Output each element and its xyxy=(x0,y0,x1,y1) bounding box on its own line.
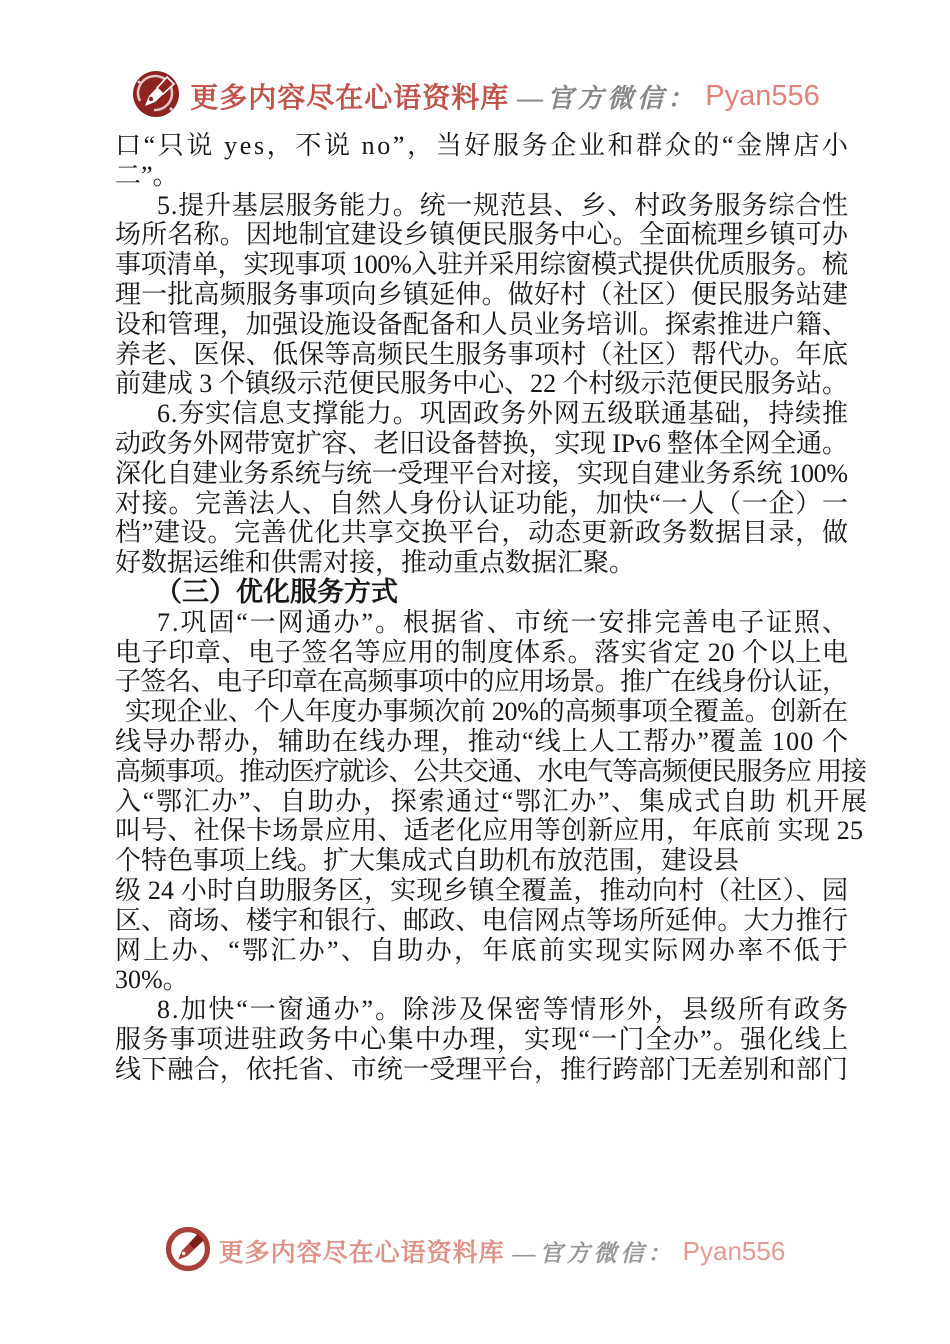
pen-nib-logo-icon xyxy=(165,1226,211,1277)
watermark-brand-text: 更多内容尽在心语资料库 xyxy=(190,76,509,116)
text-line-content: 深化自建业务系统与统一受理平台对接，实现自建业务系统 100% xyxy=(115,459,848,488)
text-line: 级 24 小时自助服务区，实现乡镇全覆盖，推动向村（社区）、园 xyxy=(115,876,848,906)
text-line: 线下融合，依托省、市统一受理平台，推行跨部门无差别和部门 xyxy=(115,1055,848,1085)
text-line: 前建成 3 个镇级示范便民服务中心、22 个村级示范便民服务站。 xyxy=(115,369,848,399)
text-line: 服务事项进驻政务中心集中办理，实现“一门全办”。强化线上 xyxy=(115,1025,848,1055)
text-line: 档”建设。完善优化共享交换平台，动态更新政务数据目录，做 xyxy=(115,518,848,548)
text-line-content: 8.加快“一窗通办”。除涉及保密等情形外，县级所有政务 xyxy=(157,995,850,1024)
text-line-content: 好数据运维和供需对接，推动重点数据汇聚。 xyxy=(115,548,635,577)
text-line-content: 叫号、社保卡场景应用、适老化应用等创新应用，年底前 实现 25 xyxy=(115,816,863,845)
text-line: 好数据运维和供需对接，推动重点数据汇聚。 xyxy=(115,548,848,578)
text-line-content: 理一批高频服务事项向乡镇延伸。做好村（社区）便民服务站建 xyxy=(115,280,848,309)
text-line-content: 对接。完善法人、自然人身份认证功能，加快“一人（一企）一 xyxy=(115,489,849,518)
text-line: 7.巩固“一网通办”。根据省、市统一安排完善电子证照、 xyxy=(115,608,848,638)
text-line: 区、商场、楼宇和银行、邮政、电信网点等场所延伸。大力推行 xyxy=(115,906,848,936)
text-line-content: 6.夯实信息支撑能力。巩固政务外网五级联通基础，持续推 xyxy=(157,399,849,428)
text-line-content: 动政务外网带宽扩容、老旧设备替换，实现 IPv6 整体全网全通。 xyxy=(115,429,848,458)
text-line-content: 5.提升基层服务能力。统一规范县、乡、村政务服务综合性 xyxy=(157,191,849,220)
text-line: 6.夯实信息支撑能力。巩固政务外网五级联通基础，持续推 xyxy=(115,399,848,429)
text-line: 30%。 xyxy=(115,965,848,995)
text-line-content: 事项清单，实现事项 100%入驻并采用综窗模式提供优质服务。梳 xyxy=(115,250,848,279)
watermark-wechat-id: Pyan556 xyxy=(705,80,820,113)
text-line: 网上办、“鄂汇办”、自助办，年底前实现实际网办率不低于 xyxy=(115,936,848,966)
watermark-wechat-id: Pyan556 xyxy=(683,1236,786,1267)
text-line-content: 档”建设。完善优化共享交换平台，动态更新政务数据目录，做 xyxy=(115,518,849,547)
text-line: 8.加快“一窗通办”。除涉及保密等情形外，县级所有政务 xyxy=(115,995,848,1025)
section-heading: （三）优化服务方式 xyxy=(115,578,848,608)
text-line-content: 养老、医保、低保等高频民生服务事项村（社区）帮代办。年底 xyxy=(115,340,848,369)
text-line-content: 线下融合，依托省、市统一受理平台，推行跨部门无差别和部门 xyxy=(115,1055,848,1084)
text-line-content: 7.巩固“一网通办”。根据省、市统一安排完善电子证照、 xyxy=(157,608,850,637)
watermark-separator-text: —官方微信： xyxy=(513,1235,675,1268)
document-page: 更多内容尽在心语资料库—官方微信：Pyan556 口“只说 yes，不说 no”… xyxy=(0,0,950,1344)
watermark-footer: 更多内容尽在心语资料库—官方微信：Pyan556 xyxy=(0,1226,950,1276)
text-line: 口“只说 yes，不说 no”，当好服务企业和群众的“金牌店小 xyxy=(115,131,848,161)
text-line-content: 网上办、“鄂汇办”、自助办，年底前实现实际网办率不低于 xyxy=(115,936,850,965)
text-line: 养老、医保、低保等高频民生服务事项村（社区）帮代办。年底 xyxy=(115,340,848,370)
text-line: 实现企业、个人年度办事频次前 20%的高频事项全覆盖。创新在 xyxy=(115,697,848,727)
text-line-content: 二”。 xyxy=(115,161,179,190)
text-line: 设和管理，加强设施设备配备和人员业务培训。探索推进户籍、 xyxy=(115,310,848,340)
text-line: 叫号、社保卡场景应用、适老化应用等创新应用，年底前 实现 25 xyxy=(115,816,848,846)
text-line: 深化自建业务系统与统一受理平台对接，实现自建业务系统 100% xyxy=(115,459,848,489)
text-line-content: 线导办帮办，辅助在线办理，推动“线上人工帮办”覆盖 100 个 xyxy=(115,727,849,756)
watermark-separator-text: —官方微信： xyxy=(517,78,697,115)
document-body: 口“只说 yes，不说 no”，当好服务企业和群众的“金牌店小二”。5.提升基层… xyxy=(115,131,848,1085)
text-line-content: 电子印章、电子签名等应用的制度体系。落实省定 20 个以上电 xyxy=(115,638,849,667)
text-line: 二”。 xyxy=(115,161,848,191)
text-line-content: 个特色事项上线。扩大集成式自助机布放范围，建设县 xyxy=(115,846,739,875)
text-line: 对接。完善法人、自然人身份认证功能，加快“一人（一企）一 xyxy=(115,489,848,519)
text-line: 个特色事项上线。扩大集成式自助机布放范围，建设县 xyxy=(115,846,848,876)
text-line-content: 入“鄂汇办”、自助办，探索通过“鄂汇办”、集成式自助 机开展 xyxy=(115,787,869,816)
text-line-content: 区、商场、楼宇和银行、邮政、电信网点等场所延伸。大力推行 xyxy=(115,906,848,935)
text-line-content: 前建成 3 个镇级示范便民服务中心、22 个村级示范便民服务站。 xyxy=(115,369,848,398)
text-line: 高频事项。推动医疗就诊、公共交通、水电气等高频便民服务应 用接 xyxy=(115,757,848,787)
text-line-content: 高频事项。推动医疗就诊、公共交通、水电气等高频便民服务应 用接 xyxy=(115,757,866,786)
text-line-content: 30%。 xyxy=(115,965,189,994)
watermark-header: 更多内容尽在心语资料库—官方微信：Pyan556 xyxy=(0,68,950,124)
text-line: 事项清单，实现事项 100%入驻并采用综窗模式提供优质服务。梳 xyxy=(115,250,848,280)
text-line: 电子印章、电子签名等应用的制度体系。落实省定 20 个以上电 xyxy=(115,638,848,668)
text-line: 5.提升基层服务能力。统一规范县、乡、村政务服务综合性 xyxy=(115,191,848,221)
text-line-content: 服务事项进驻政务中心集中办理，实现“一门全办”。强化线上 xyxy=(115,1025,849,1054)
text-line-content: 场所名称。因地制宜建设乡镇便民服务中心。全面梳理乡镇可办 xyxy=(115,220,848,249)
watermark-brand-text: 更多内容尽在心语资料库 xyxy=(219,1233,505,1269)
text-line-content: 实现企业、个人年度办事频次前 20%的高频事项全覆盖。创新在 xyxy=(125,697,848,726)
text-line-content: 口“只说 yes，不说 no”，当好服务企业和群众的“金牌店小 xyxy=(115,131,851,160)
text-line-content: （三）优化服务方式 xyxy=(155,577,398,607)
text-line-content: 设和管理，加强设施设备配备和人员业务培训。探索推进户籍、 xyxy=(115,310,848,339)
text-line: 线导办帮办，辅助在线办理，推动“线上人工帮办”覆盖 100 个 xyxy=(115,727,848,757)
text-line: 理一批高频服务事项向乡镇延伸。做好村（社区）便民服务站建 xyxy=(115,280,848,310)
text-line-content: 级 24 小时自助服务区，实现乡镇全覆盖，推动向村（社区）、园 xyxy=(115,876,848,905)
pen-nib-logo-icon xyxy=(130,68,182,125)
text-line: 动政务外网带宽扩容、老旧设备替换，实现 IPv6 整体全网全通。 xyxy=(115,429,848,459)
text-line-content: 子签名、电子印章在高频事项中的应用场景。推广在线身份认证， xyxy=(115,667,847,696)
text-line: 子签名、电子印章在高频事项中的应用场景。推广在线身份认证， xyxy=(115,667,848,697)
text-line: 入“鄂汇办”、自助办，探索通过“鄂汇办”、集成式自助 机开展 xyxy=(115,787,848,817)
text-line: 场所名称。因地制宜建设乡镇便民服务中心。全面梳理乡镇可办 xyxy=(115,220,848,250)
